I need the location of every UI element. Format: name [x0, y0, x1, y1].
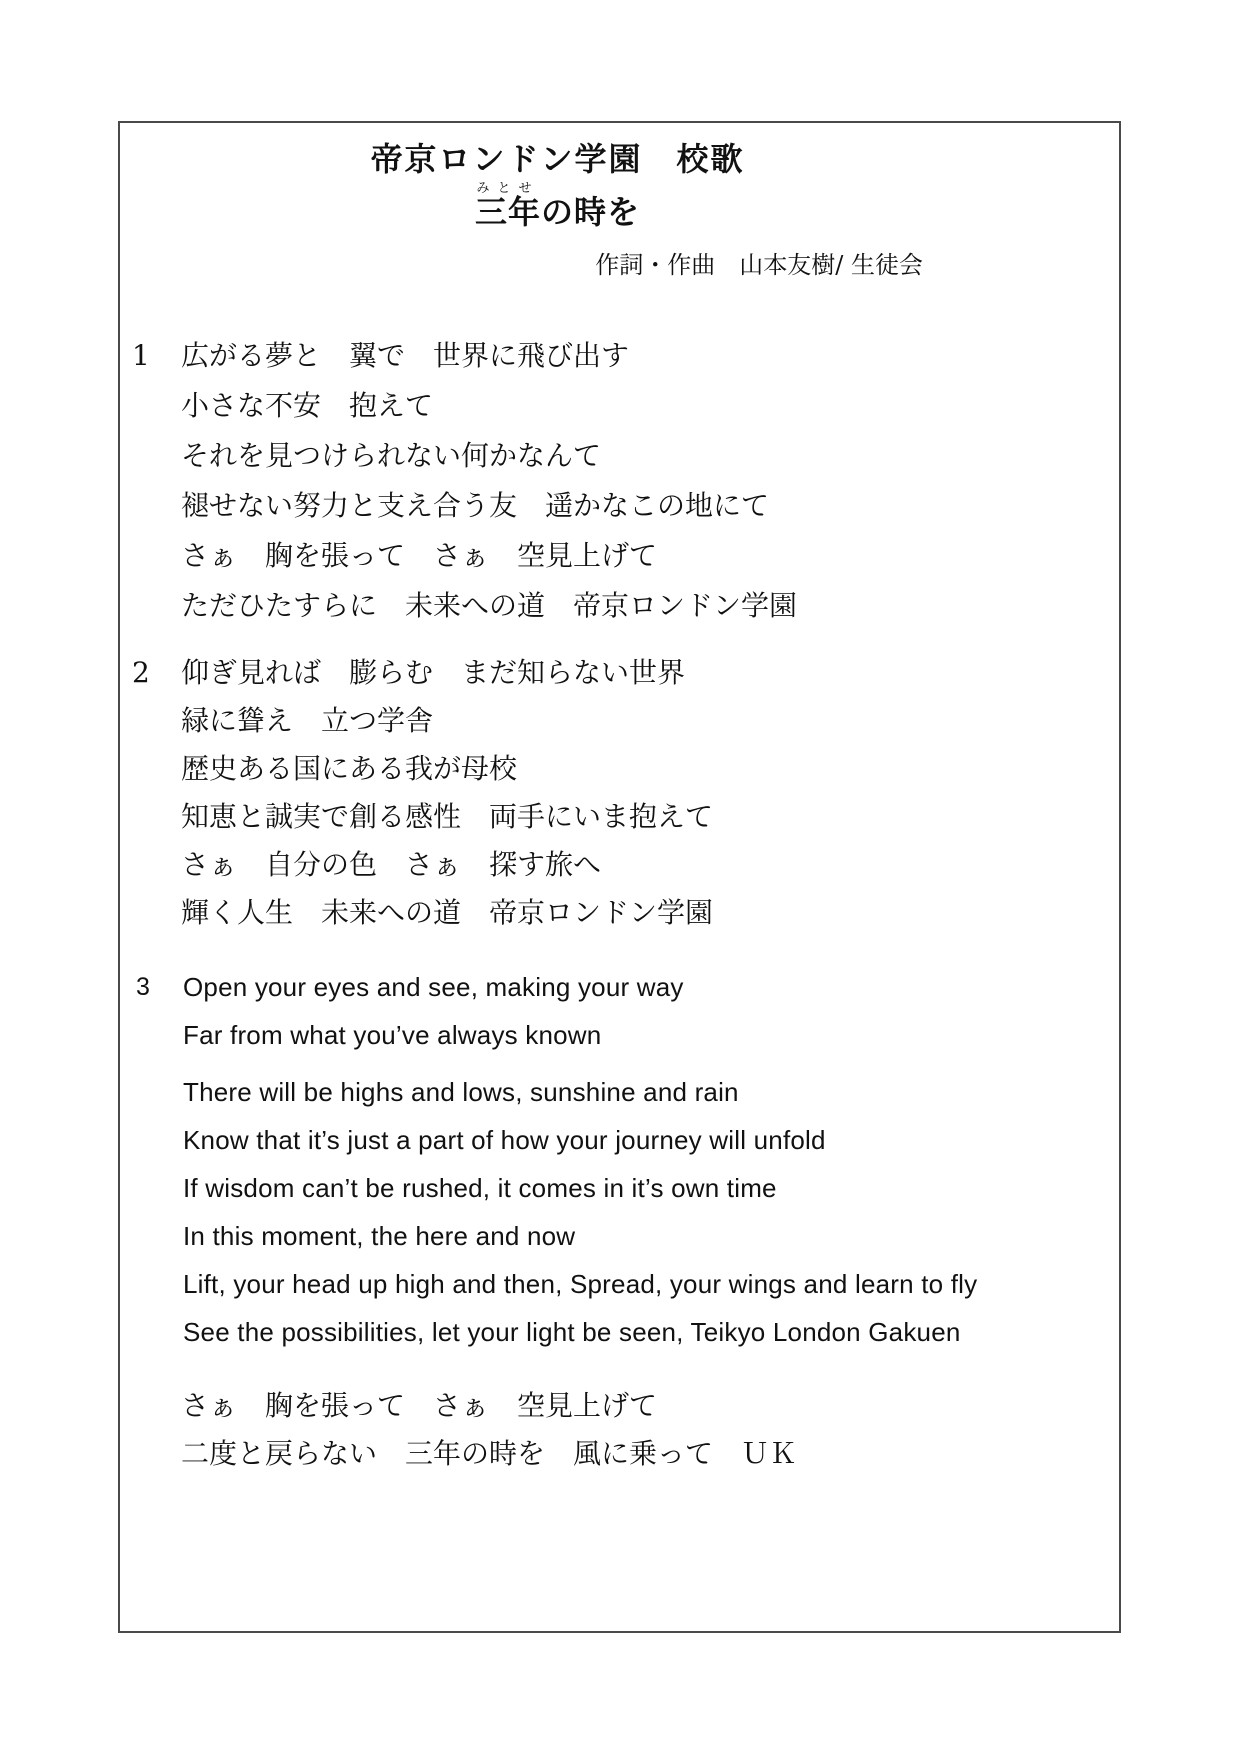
song-title: 帝京ロンドン学園 校歌 — [120, 139, 995, 179]
outro: さぁ 胸を張って さぁ 空見上げて 二度と戻らない 三年の時を 風に乗って ＵＫ — [181, 1382, 1119, 1478]
verse-2: 2 仰ぎ見れば 膨らむ まだ知らない世界 緑に聳え 立つ学舎 歴史ある国にある我… — [132, 649, 1119, 937]
verse-3-number: 3 — [136, 963, 183, 1011]
lyric-line: If wisdom can’t be rushed, it comes in i… — [183, 1164, 977, 1212]
subtitle-furigana: みとせ — [475, 181, 541, 196]
lyric-line: 二度と戻らない 三年の時を 風に乗って ＵＫ — [181, 1430, 1119, 1478]
lyric-line: 仰ぎ見れば 膨らむ まだ知らない世界 — [181, 649, 713, 697]
lyrics-page: 帝京ロンドン学園 校歌 三年みとせの時を 作詞・作曲 山本友樹/ 生徒会 1 広… — [0, 0, 1241, 1755]
subtitle-rest: の時を — [541, 193, 640, 231]
subtitle-base: 三年 — [475, 193, 541, 231]
lyric-line: Open your eyes and see, making your way — [183, 963, 977, 1011]
lyric-line: 小さな不安 抱えて — [181, 381, 797, 431]
lyric-line: Know that it’s just a part of how your j… — [183, 1116, 977, 1164]
lyric-line: ただひたすらに 未来への道 帝京ロンドン学園 — [181, 581, 797, 631]
lyric-line: 輝く人生 未来への道 帝京ロンドン学園 — [181, 889, 713, 937]
verse-3: 3 Open your eyes and see, making your wa… — [136, 963, 1119, 1356]
lyric-line: 褪せない努力と支え合う友 遥かなこの地にて — [181, 481, 797, 531]
subtitle-ruby: 三年みとせ — [475, 193, 541, 231]
lyric-line: 緑に聳え 立つ学舎 — [181, 697, 713, 745]
song-header: 帝京ロンドン学園 校歌 三年みとせの時を 作詞・作曲 山本友樹/ 生徒会 — [120, 139, 995, 281]
lyric-line: In this moment, the here and now — [183, 1212, 977, 1260]
verse-3-lines: Open your eyes and see, making your way … — [183, 963, 977, 1356]
verse-1-lines: 広がる夢と 翼で 世界に飛び出す 小さな不安 抱えて それを見つけられない何かな… — [181, 331, 797, 631]
verse-1-number: 1 — [132, 331, 181, 381]
lyric-line: 広がる夢と 翼で 世界に飛び出す — [181, 331, 797, 381]
lyric-line: 歴史ある国にある我が母校 — [181, 745, 713, 793]
lyric-line: さぁ 胸を張って さぁ 空見上げて — [181, 531, 797, 581]
lyric-line: See the possibilities, let your light be… — [183, 1308, 977, 1356]
verse-2-lines: 仰ぎ見れば 膨らむ まだ知らない世界 緑に聳え 立つ学舎 歴史ある国にある我が母… — [181, 649, 713, 937]
lyric-line: Far from what you’ve always known — [183, 1011, 977, 1059]
verse-2-number: 2 — [132, 649, 181, 697]
lyric-line: それを見つけられない何かなんて — [181, 431, 797, 481]
lyric-line: 知恵と誠実で創る感性 両手にいま抱えて — [181, 793, 713, 841]
lyric-line: Lift, your head up high and then, Spread… — [183, 1260, 977, 1308]
lyric-line: There will be highs and lows, sunshine a… — [183, 1068, 977, 1116]
lyrics-sheet-border: 帝京ロンドン学園 校歌 三年みとせの時を 作詞・作曲 山本友樹/ 生徒会 1 広… — [118, 121, 1121, 1633]
lyric-line: さぁ 胸を張って さぁ 空見上げて — [181, 1382, 1119, 1430]
song-subtitle: 三年みとせの時を — [120, 181, 995, 233]
verse-1: 1 広がる夢と 翼で 世界に飛び出す 小さな不安 抱えて それを見つけられない何… — [132, 331, 1119, 631]
credit-line: 作詞・作曲 山本友樹/ 生徒会 — [120, 249, 995, 281]
lyric-line: さぁ 自分の色 さぁ 探す旅へ — [181, 841, 713, 889]
